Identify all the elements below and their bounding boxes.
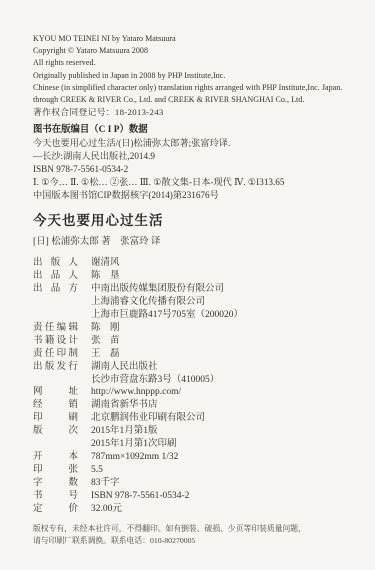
book-byline: [日] 松浦弥太郎 著 张富玲 译 (33, 236, 357, 248)
credit-row: 定价 32.00元 (33, 503, 357, 516)
credit-label (33, 309, 78, 322)
copyright-notice: 版权专有，未经本社许可，不得翻印。如有倒装、破损、少页等印装质量问题， 请与印刷… (33, 523, 357, 548)
credit-value: 中南出版传媒集团股份有限公司 (91, 283, 357, 296)
credit-row: 版次 2015年1月第1版 (33, 425, 357, 438)
credit-label (33, 374, 78, 387)
copyright-english-block: KYOU MO TEINEI NI by Yataro Matsuura Cop… (33, 33, 357, 118)
credit-row: 出品人 陈 垦 (33, 270, 357, 283)
copyright-line: Chinese (in simplified character only) t… (33, 82, 357, 94)
credit-row: 书号 ISBN 978-7-5561-0534-2 (33, 490, 357, 503)
credit-row: 2015年1月第1次印刷 (33, 438, 357, 451)
credit-row: 印张 5.5 (33, 464, 357, 477)
credit-row: 责任印制 王 磊 (33, 348, 357, 361)
credit-row: 出版人 谢清风 (33, 257, 357, 270)
cip-lines: 今天也要用心过生活/(日)松浦弥太郎著;张富玲译. —长沙:湖南人民出版社,20… (33, 137, 357, 202)
copyright-line: Originally published in Japan in 2008 by… (33, 70, 357, 82)
cip-line: 今天也要用心过生活/(日)松浦弥太郎著;张富玲译. (33, 137, 357, 150)
cip-block: 图书在版编目（C I P）数据 今天也要用心过生活/(日)松浦弥太郎著;张富玲译… (33, 124, 357, 202)
credit-value: 32.00元 (91, 503, 357, 516)
credit-row: 网址 http://www.hnppp.com/ (33, 386, 357, 399)
credit-value: 张 苗 (91, 335, 357, 348)
cip-heading: 图书在版编目（C I P）数据 (33, 124, 357, 137)
credit-row: 经销 湖南省新华书店 (33, 399, 357, 412)
credit-row: 长沙市营盘东路3号（410005） (33, 374, 357, 387)
credit-label: 经销 (33, 399, 78, 412)
copyright-line: All rights reserved. (33, 57, 357, 69)
credit-value: 2015年1月第1版 (91, 425, 357, 438)
notice-line: 请与印刷厂联系调换。联系电话：010-80270005 (33, 535, 357, 547)
credit-label: 出品人 (33, 270, 78, 283)
credit-label (33, 296, 78, 309)
credit-label: 责任印制 (33, 348, 78, 361)
credit-row: 责任编辑 陈 刚 (33, 322, 357, 335)
credit-value: 5.5 (91, 464, 357, 477)
copyright-line: 著作权合同登记号：18-2013-243 (33, 106, 357, 118)
credit-value: 上海市巨鹿路417号705室（200020） (91, 309, 357, 322)
credit-value: 陈 刚 (91, 322, 357, 335)
credit-label: 印张 (33, 464, 78, 477)
credit-row: 开本 787mm×1092mm 1/32 (33, 451, 357, 464)
credit-label: 书籍设计 (33, 335, 78, 348)
credit-value: 83千字 (91, 477, 357, 490)
credit-label: 出版人 (33, 257, 78, 270)
credit-value: 谢清风 (91, 257, 357, 270)
cip-line: —长沙:湖南人民出版社,2014.9 (33, 150, 357, 163)
copyright-line: through CREEK & RIVER Co., Ltd. and CREE… (33, 94, 357, 106)
credit-value: 北京鹏润伟业印刷有限公司 (91, 412, 357, 425)
credit-value: http://www.hnppp.com/ (91, 386, 357, 399)
book-title: 今天也要用心过生活 (33, 213, 357, 229)
credit-label: 版次 (33, 425, 78, 438)
notice-line: 版权专有，未经本社许可，不得翻印。如有倒装、破损、少页等印装质量问题， (33, 523, 357, 535)
credits-list: 出版人 谢清风 出品人 陈 垦 出品方 中南出版传媒集团股份有限公司 上海浦睿文… (33, 257, 357, 515)
credit-label: 印刷 (33, 412, 78, 425)
copyright-line: KYOU MO TEINEI NI by Yataro Matsuura (33, 33, 357, 45)
credit-label: 出版发行 (33, 361, 78, 374)
credit-value: 长沙市营盘东路3号（410005） (91, 374, 357, 387)
cip-line: 中国版本图书馆CIP数据核字(2014)第231676号 (33, 189, 357, 202)
credit-row: 上海市巨鹿路417号705室（200020） (33, 309, 357, 322)
credit-row: 出版发行 湖南人民出版社 (33, 361, 357, 374)
credit-label: 开本 (33, 451, 78, 464)
credit-value: 湖南人民出版社 (91, 361, 357, 374)
credit-label (33, 438, 78, 451)
credit-row: 书籍设计 张 苗 (33, 335, 357, 348)
credit-row: 出品方 中南出版传媒集团股份有限公司 (33, 283, 357, 296)
credit-value: 上海浦睿文化传播有限公司 (91, 296, 357, 309)
credit-label: 字数 (33, 477, 78, 490)
credit-row: 印刷 北京鹏润伟业印刷有限公司 (33, 412, 357, 425)
credit-label: 责任编辑 (33, 322, 78, 335)
title-block: 今天也要用心过生活 [日] 松浦弥太郎 著 张富玲 译 (33, 213, 357, 248)
credit-row: 字数 83千字 (33, 477, 357, 490)
credit-label: 出品方 (33, 283, 78, 296)
cip-line: Ⅰ. ①今… Ⅱ. ①松… ②张… Ⅲ. ①散文集-日本-现代 Ⅳ. ①I313… (33, 176, 357, 189)
cip-line: ISBN 978-7-5561-0534-2 (33, 163, 357, 176)
credit-value: 王 磊 (91, 348, 357, 361)
credit-value: 湖南省新华书店 (91, 399, 357, 412)
credit-value: 2015年1月第1次印刷 (91, 438, 357, 451)
credit-label: 网址 (33, 386, 78, 399)
copyright-line: Copyright © Yataro Matsuura 2008 (33, 45, 357, 57)
book-colophon-page: KYOU MO TEINEI NI by Yataro Matsuura Cop… (0, 0, 375, 570)
credit-value: ISBN 978-7-5561-0534-2 (91, 490, 357, 503)
credit-value: 787mm×1092mm 1/32 (91, 451, 357, 464)
credit-label: 定价 (33, 503, 78, 516)
credit-row: 上海浦睿文化传播有限公司 (33, 296, 357, 309)
credit-label: 书号 (33, 490, 78, 503)
credit-value: 陈 垦 (91, 270, 357, 283)
